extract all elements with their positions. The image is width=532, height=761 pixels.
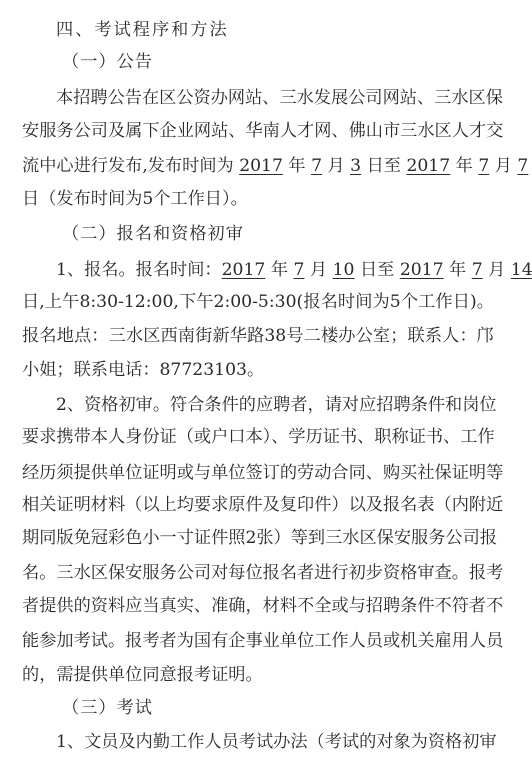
paragraph-line-contact-phone: 小姐；联系电话：87723103。 — [22, 353, 494, 387]
publish-end-year: 2017 — [406, 156, 450, 176]
paragraph-line: 期同版免冠彩色小一寸证件照2张）等到三水区保安服务公司报 — [22, 521, 494, 555]
registration-end-year: 2017 — [400, 260, 444, 280]
paragraph-line: 2、资格初审。符合条件的应聘者，请对应招聘条件和岗位 — [56, 388, 494, 422]
publish-start-day: 3 — [350, 156, 361, 176]
paragraph-line: 安服务公司及属下企业网站、华南人才网、佛山市三水区人才交 — [22, 114, 494, 148]
paragraph-line-registration-hours: 日,上午8:30-12:00,下午2:00-5:30(报名时间为5个工作日)。 — [22, 285, 494, 319]
publish-start-month: 7 — [311, 156, 322, 176]
registration-end-day: 14 — [511, 260, 532, 280]
paragraph-line-registration-dates: 1、报名。报名时间：2017 年 7 月 10 日至 2017 年 7 月 14 — [56, 253, 494, 287]
publish-end-month: 7 — [478, 156, 489, 176]
registration-end-month: 7 — [472, 260, 483, 280]
paragraph-line: 本招聘公告在区公资办网站、三水发展公司网站、三水区保 — [56, 81, 494, 115]
section-title: 四、考试程序和方法 — [56, 13, 528, 47]
paragraph-line: 的，需提供单位同意报考证明。 — [22, 658, 494, 692]
paragraph-line: 能参加考试。报考者为国有企事业单位工作人员或机关雇用人员 — [22, 624, 494, 658]
paragraph-line-registration-location: 报名地点：三水区西南街新华路38号二楼办公室；联系人：邝 — [22, 319, 494, 353]
subsection-heading-announcement: （一）公告 — [62, 45, 532, 79]
paragraph-line-publish-dates: 流中心进行发布,发布时间为 2017 年 7 月 3 日至 2017 年 7 月… — [22, 149, 494, 183]
registration-start-month: 7 — [294, 260, 305, 280]
paragraph-line: 要求携带本人身份证（或户口本）、学历证书、职称证书、工作 — [22, 420, 494, 454]
registration-start-day: 10 — [333, 260, 355, 280]
paragraph-line: 1、文员及内勤工作人员考试办法（考试的对象为资格初审 — [56, 725, 494, 759]
document-page: 四、考试程序和方法 （一）公告 本招聘公告在区公资办网站、三水发展公司网站、三水… — [0, 0, 532, 761]
subsection-heading-registration: （二）报名和资格初审 — [62, 217, 532, 251]
publish-start-year: 2017 — [239, 156, 283, 176]
paragraph-line: 相关证明材料（以上均要求原件及复印件）以及报名表（内附近 — [22, 488, 494, 522]
publish-end-day: 7 — [517, 156, 528, 176]
registration-start-year: 2017 — [222, 260, 266, 280]
paragraph-line: 者提供的资料应当真实、准确，材料不全或与招聘条件不符者不 — [22, 589, 494, 623]
paragraph-line: 名。三水区保安服务公司对每位报名者进行初步资格审查。报考 — [22, 556, 494, 590]
subsection-heading-exam: （三）考试 — [62, 691, 532, 725]
paragraph-line: 经历须提供单位证明或与单位签订的劳动合同、购买社保证明等 — [22, 456, 494, 490]
paragraph-line: 日（发布时间为5个工作日）。 — [22, 182, 494, 216]
